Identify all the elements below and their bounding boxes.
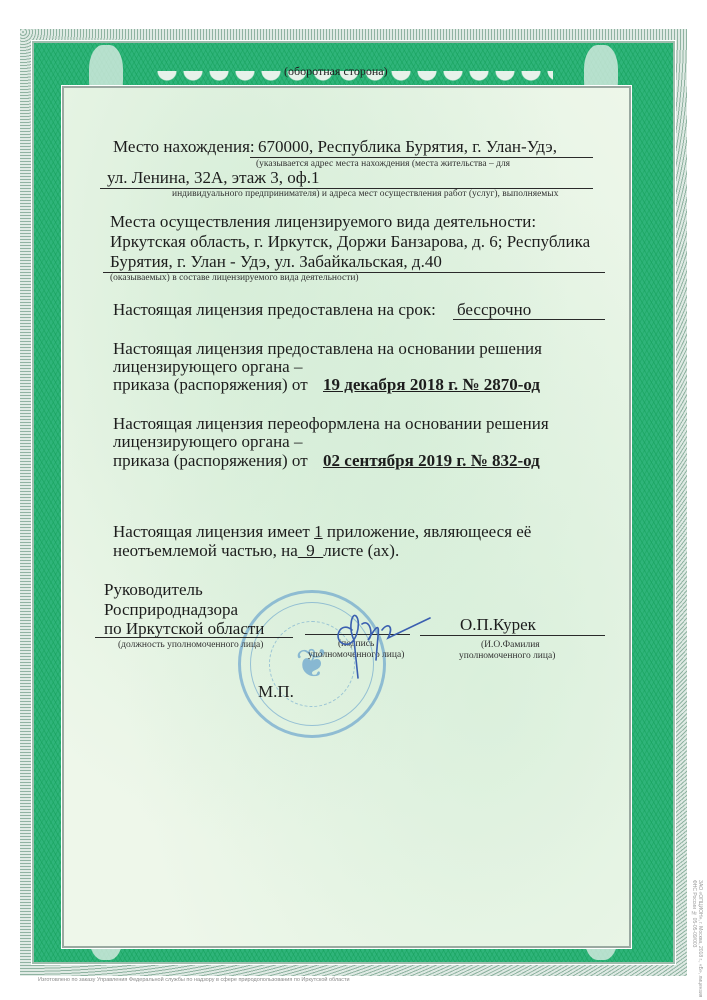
appendix-text: приложение, являющееся её: [323, 522, 532, 541]
signatory-position-line3: по Иркутской области: [104, 619, 264, 639]
printer-footer-note: Изготовлено по заказу Управления Федерал…: [38, 977, 350, 983]
granted-line1: Настоящая лицензия предоставлена на осно…: [113, 339, 542, 359]
activity-places-line1: Иркутская область, г. Иркутск, Доржи Бан…: [110, 232, 590, 252]
rule: [95, 637, 293, 638]
appendix-line1: Настоящая лицензия имеет 1 приложение, я…: [113, 522, 531, 542]
page-side-label: (оборотная сторона): [284, 64, 388, 79]
printer-side-note: ЗАО «ОПЦИОН», г. Москва, 2018 г., «Б», л…: [691, 880, 703, 1000]
sheet-count: 9: [298, 541, 324, 560]
activity-places-label: Места осуществления лицензируемого вида …: [110, 212, 536, 232]
reissued-line2: лицензирующего органа –: [113, 432, 302, 452]
granted-line2: лицензирующего органа –: [113, 357, 302, 377]
rule: [453, 319, 605, 320]
granted-line3: приказа (распоряжения) от: [113, 375, 308, 395]
reissued-order: 02 сентября 2019 г. № 832-од: [323, 451, 540, 471]
rule: [420, 635, 605, 636]
appendix-text: Настоящая лицензия имеет: [113, 522, 314, 541]
location-label: Место нахождения:: [113, 137, 255, 157]
appendix-count: 1: [314, 522, 323, 541]
location-line1: 670000, Республика Бурятия, г. Улан-Удэ,: [258, 137, 557, 157]
appendix-text: листе (ах).: [323, 541, 399, 560]
activity-places-line2: Бурятия, г. Улан - Удэ, ул. Забайкальска…: [110, 252, 442, 272]
appendix-text: неотъемлемой частью, на: [113, 541, 298, 560]
name-hint2: уполномоченного лица): [459, 651, 555, 662]
signatory-position-line1: Руководитель: [104, 580, 203, 600]
position-hint: (должность уполномоченного лица): [118, 640, 263, 651]
location-hint2: индивидуального предпринимателя) и адрес…: [172, 189, 558, 200]
term-value: бессрочно: [457, 300, 531, 320]
activity-places-hint: (оказываемых) в составе лицензируемого в…: [110, 273, 359, 284]
granted-order: 19 декабря 2018 г. № 2870-од: [323, 375, 540, 395]
reissued-line3: приказа (распоряжения) от: [113, 451, 308, 471]
rule: [250, 157, 593, 158]
handwritten-signature: [322, 600, 432, 690]
reissued-line1: Настоящая лицензия переоформлена на осно…: [113, 414, 549, 434]
signatory-name: О.П.Курек: [460, 615, 536, 635]
location-line2: ул. Ленина, 32А, этаж 3, оф.1: [107, 168, 320, 188]
seal-label: М.П.: [258, 682, 294, 702]
signatory-position-line2: Росприроднадзора: [104, 600, 238, 620]
name-hint1: (И.О.Фамилия: [481, 640, 540, 651]
appendix-line2: неотъемлемой частью, на 9 листе (ах).: [113, 541, 399, 561]
term-label: Настоящая лицензия предоставлена на срок…: [113, 300, 436, 320]
